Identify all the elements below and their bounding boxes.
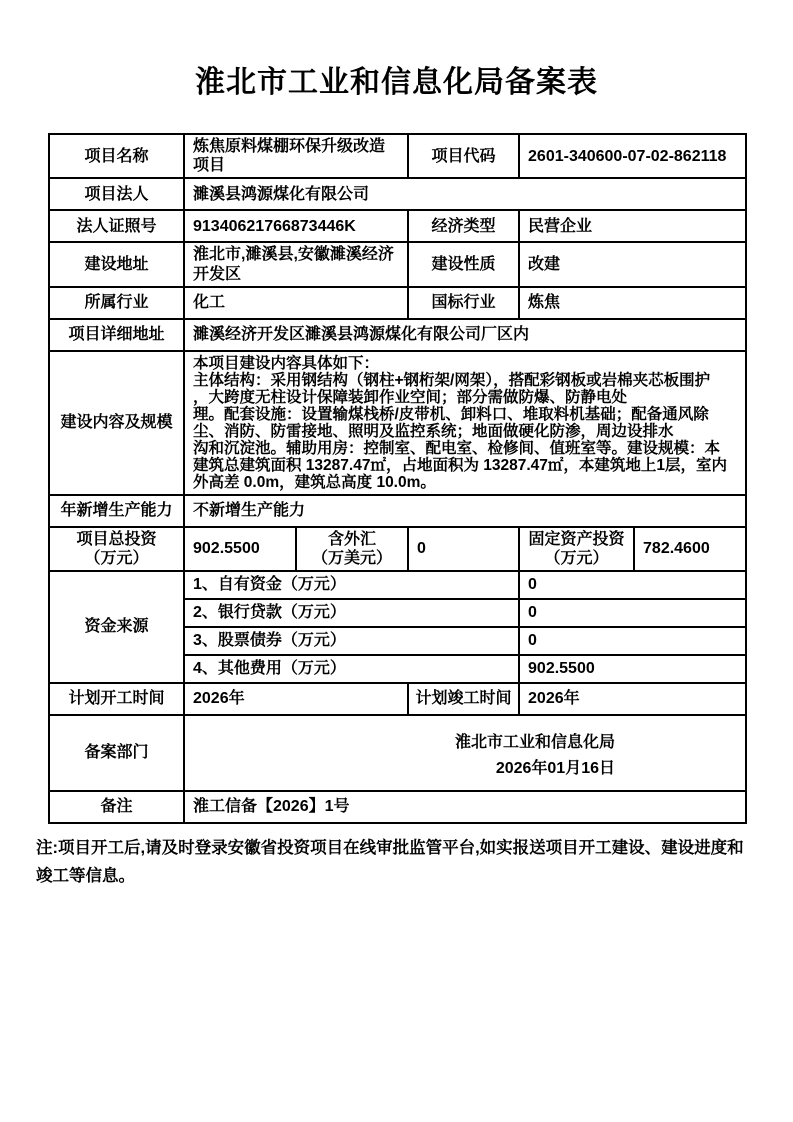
funds-item-4-value: 902.5500 — [519, 655, 746, 683]
footnote: 注:项目开工后,请及时登录安徽省投资项目在线审批监管平台,如实报送项目开工建设、… — [36, 834, 744, 890]
capacity-value: 不新增生产能力 — [184, 495, 746, 527]
row-license: 法人证照号 91340621766873446K 经济类型 民营企业 — [49, 210, 746, 242]
row-capacity: 年新增生产能力 不新增生产能力 — [49, 495, 746, 527]
build-address-value: 淮北市,濉溪县,安徽濉溪经济开发区 — [184, 242, 408, 286]
license-label: 法人证照号 — [49, 210, 184, 242]
finish-time-value: 2026年 — [519, 683, 746, 715]
row-schedule: 计划开工时间 2026年 计划竣工时间 2026年 — [49, 683, 746, 715]
industry-value: 化工 — [184, 287, 408, 319]
start-time-label: 计划开工时间 — [49, 683, 184, 715]
row-detail-address: 项目详细地址 濉溪经济开发区濉溪县鸿源煤化有限公司厂区内 — [49, 319, 746, 351]
capacity-label: 年新增生产能力 — [49, 495, 184, 527]
filing-form-table: 项目名称 炼焦原料煤棚环保升级改造项目 项目代码 2601-340600-07-… — [48, 133, 747, 824]
remark-value: 淮工信备【2026】1号 — [184, 791, 746, 823]
build-nature-label: 建设性质 — [408, 242, 519, 286]
funds-item-4-label: 4、其他费用（万元） — [184, 655, 519, 683]
gb-industry-label: 国标行业 — [408, 287, 519, 319]
project-code-value: 2601-340600-07-02-862118 — [519, 134, 746, 178]
funds-item-1-label: 1、自有资金（万元） — [184, 571, 519, 599]
row-funds-1: 资金来源 1、自有资金（万元） 0 — [49, 571, 746, 599]
investment-label: 项目总投资 （万元） — [49, 527, 184, 571]
content-scale-label: 建设内容及规模 — [49, 351, 184, 495]
funds-item-2-value: 0 — [519, 599, 746, 627]
page-title: 淮北市工业和信息化局备案表 — [0, 57, 793, 101]
document-page: 淮北市工业和信息化局备案表 项目名称 炼焦原料煤棚环保升级改造项目 项目代码 2… — [0, 0, 793, 1122]
funds-item-1-value: 0 — [519, 571, 746, 599]
legal-person-label: 项目法人 — [49, 178, 184, 210]
funds-source-label: 资金来源 — [49, 571, 184, 683]
content-scale-value: 本项目建设内容具体如下： 主体结构：采用钢结构（钢柱+钢桁架/网架），搭配彩钢板… — [184, 351, 746, 495]
legal-person-value: 濉溪县鸿源煤化有限公司 — [184, 178, 746, 210]
license-value: 91340621766873446K — [184, 210, 408, 242]
row-legal-person: 项目法人 濉溪县鸿源煤化有限公司 — [49, 178, 746, 210]
gb-industry-value: 炼焦 — [519, 287, 746, 319]
investment-value: 902.5500 — [184, 527, 296, 571]
row-remark: 备注 淮工信备【2026】1号 — [49, 791, 746, 823]
forex-label: 含外汇 （万美元） — [296, 527, 408, 571]
forex-value: 0 — [408, 527, 519, 571]
row-project-name: 项目名称 炼焦原料煤棚环保升级改造项目 项目代码 2601-340600-07-… — [49, 134, 746, 178]
fixed-investment-label: 固定资产投资 （万元） — [519, 527, 634, 571]
remark-label: 备注 — [49, 791, 184, 823]
start-time-value: 2026年 — [184, 683, 408, 715]
industry-label: 所属行业 — [49, 287, 184, 319]
project-code-label: 项目代码 — [408, 134, 519, 178]
row-build-address: 建设地址 淮北市,濉溪县,安徽濉溪经济开发区 建设性质 改建 — [49, 242, 746, 286]
row-industry: 所属行业 化工 国标行业 炼焦 — [49, 287, 746, 319]
economic-type-label: 经济类型 — [408, 210, 519, 242]
filing-dept-label: 备案部门 — [49, 715, 184, 791]
build-address-label: 建设地址 — [49, 242, 184, 286]
build-nature-value: 改建 — [519, 242, 746, 286]
detail-address-label: 项目详细地址 — [49, 319, 184, 351]
project-name-value: 炼焦原料煤棚环保升级改造项目 — [184, 134, 408, 178]
funds-item-3-value: 0 — [519, 627, 746, 655]
row-investment: 项目总投资 （万元） 902.5500 含外汇 （万美元） 0 固定资产投资 （… — [49, 527, 746, 571]
funds-item-2-label: 2、银行贷款（万元） — [184, 599, 519, 627]
economic-type-value: 民营企业 — [519, 210, 746, 242]
project-name-label: 项目名称 — [49, 134, 184, 178]
funds-item-3-label: 3、股票债券（万元） — [184, 627, 519, 655]
detail-address-value: 濉溪经济开发区濉溪县鸿源煤化有限公司厂区内 — [184, 319, 746, 351]
filing-dept-value: 淮北市工业和信息化局 2026年01月16日 — [184, 715, 746, 791]
row-content-scale: 建设内容及规模 本项目建设内容具体如下： 主体结构：采用钢结构（钢柱+钢桁架/网… — [49, 351, 746, 495]
fixed-investment-value: 782.4600 — [634, 527, 746, 571]
row-filing-dept: 备案部门 淮北市工业和信息化局 2026年01月16日 — [49, 715, 746, 791]
finish-time-label: 计划竣工时间 — [408, 683, 519, 715]
